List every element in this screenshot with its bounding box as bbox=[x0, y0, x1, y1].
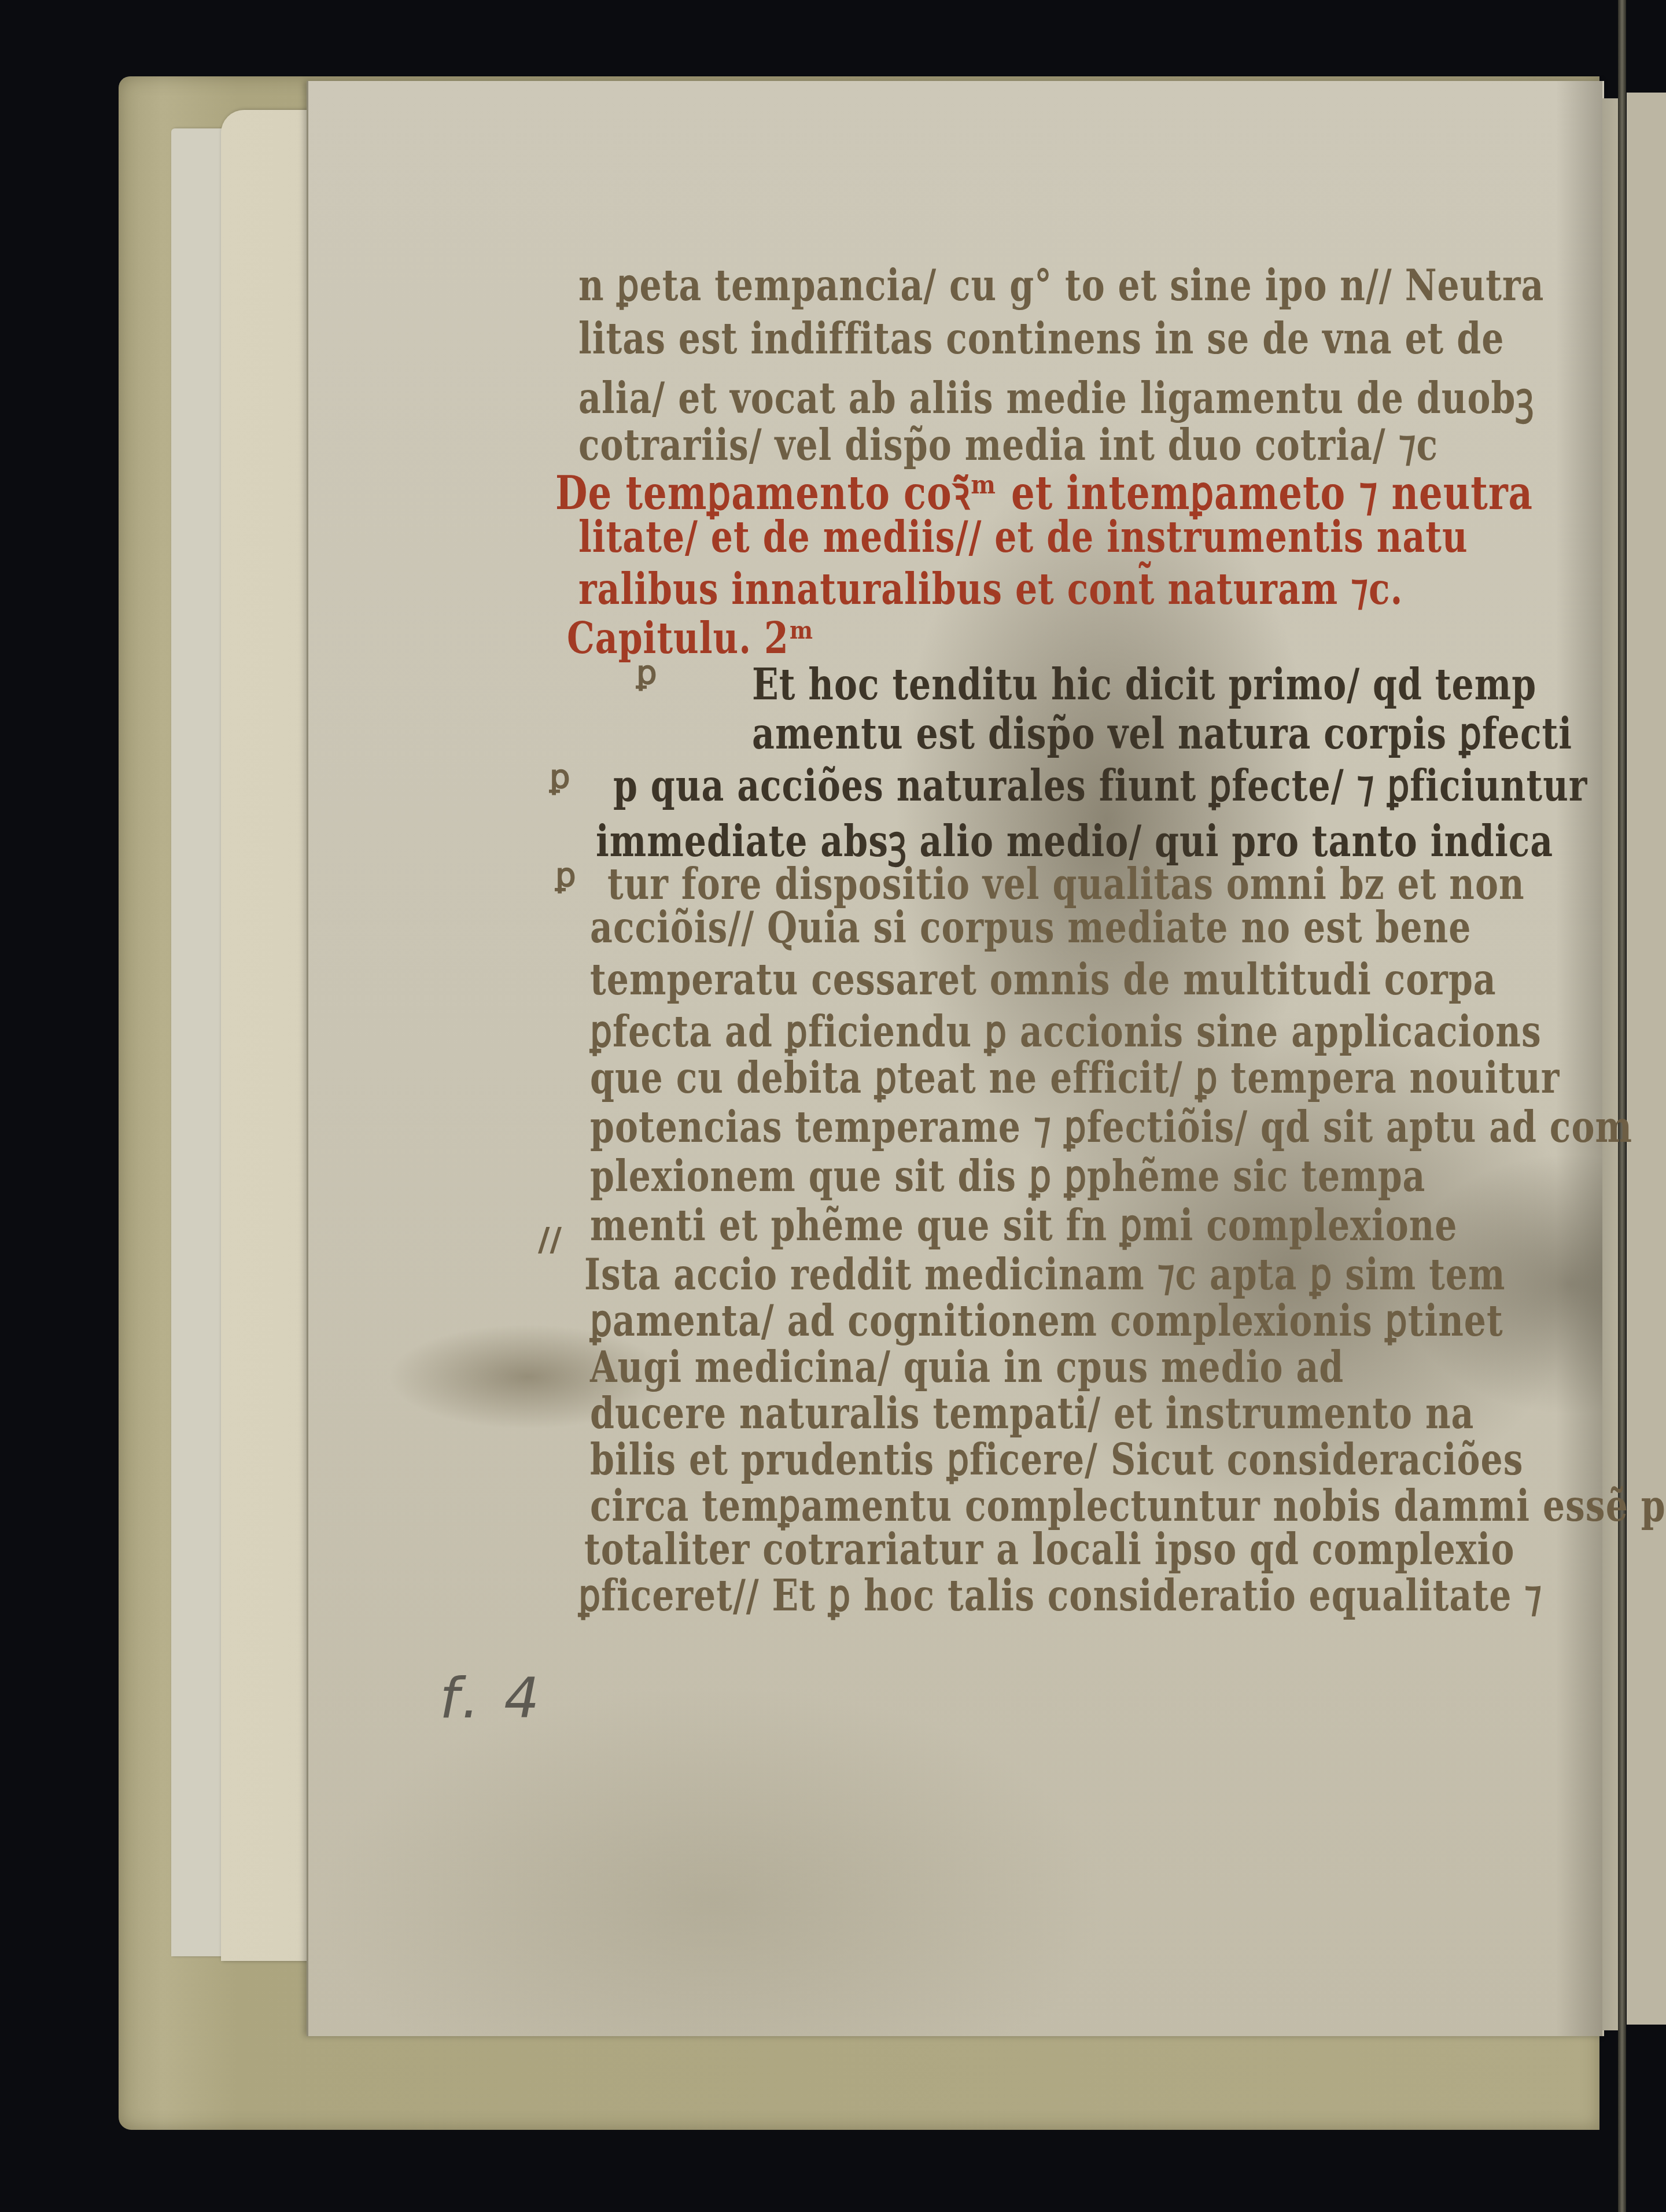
text-line: amentu est disp̃o vel natura corpis ꝑfec… bbox=[752, 709, 1572, 760]
text-line: potencias temperame ⁊ ꝑfectiõis/ qd sit … bbox=[590, 1102, 1632, 1153]
text-line: acciõis// Quia si corpus mediate no est … bbox=[590, 902, 1471, 953]
text-line: n ꝑeta tempancia/ cu g° to et sine ipo n… bbox=[578, 260, 1544, 311]
text-line: temperatu cessaret omnis de multitudi co… bbox=[590, 954, 1497, 1005]
text-line: ꝑamenta/ ad cognitionem complexionis ꝑti… bbox=[590, 1296, 1503, 1347]
text-line: p qua acciões naturales fiunt ꝑfecte/ ⁊ … bbox=[613, 761, 1587, 812]
double-stroke-mark: // bbox=[538, 1221, 562, 1259]
text-line: Augi medicina/ quia in cpus medio ad bbox=[590, 1342, 1344, 1393]
rubric-heading-line: litate/ et de mediis// et de instrumenti… bbox=[578, 512, 1468, 563]
text-line: menti et phẽme que sit fn ꝑmi complexion… bbox=[590, 1200, 1458, 1251]
text-line: ducere naturalis tempati/ et instrumento… bbox=[590, 1388, 1474, 1439]
text-line: que cu debita ꝑteat ne efficit/ ꝑ temper… bbox=[590, 1053, 1560, 1104]
facing-page-edge bbox=[1627, 93, 1666, 2025]
text-line: totaliter cotrariatur a locali ipso qd c… bbox=[584, 1524, 1514, 1575]
text-line: Et hoc tenditu hic dicit primo/ qd temp bbox=[752, 659, 1536, 710]
text-line: bilis et prudentis ꝑficere/ Sicut consid… bbox=[590, 1435, 1523, 1485]
text-line: Ista accio reddit medicinam ⁊c apta ꝑ si… bbox=[584, 1249, 1506, 1300]
text-line: alia/ et vocat ab aliis medie ligamentu … bbox=[578, 367, 1534, 426]
folio-number: f. 4 bbox=[440, 1666, 543, 1731]
text-line: plexionem que sit dis ꝑ ꝑphẽme sic tempa bbox=[590, 1151, 1425, 1202]
text-line: litas est indiffitas continens in se de … bbox=[578, 314, 1504, 364]
paragraph-mark: ꝑ bbox=[636, 654, 657, 692]
text-line: ꝑficeret// Et ꝑ hoc talis consideratio e… bbox=[578, 1570, 1542, 1621]
paragraph-mark: ꝑ bbox=[550, 758, 570, 796]
paragraph-mark: ꝑ bbox=[555, 856, 576, 894]
text-line: ꝑfecta ad ꝑficiendu ꝑ accionis sine appl… bbox=[590, 1007, 1542, 1057]
rubric-heading-line: ralibus innaturalibus et cont̃ naturam ⁊… bbox=[578, 564, 1403, 615]
gutter-shadow bbox=[1556, 81, 1602, 2036]
rubric-chapter-label: Capitulu. 2ᵐ bbox=[567, 613, 814, 664]
gutter-fold bbox=[1602, 98, 1619, 2030]
